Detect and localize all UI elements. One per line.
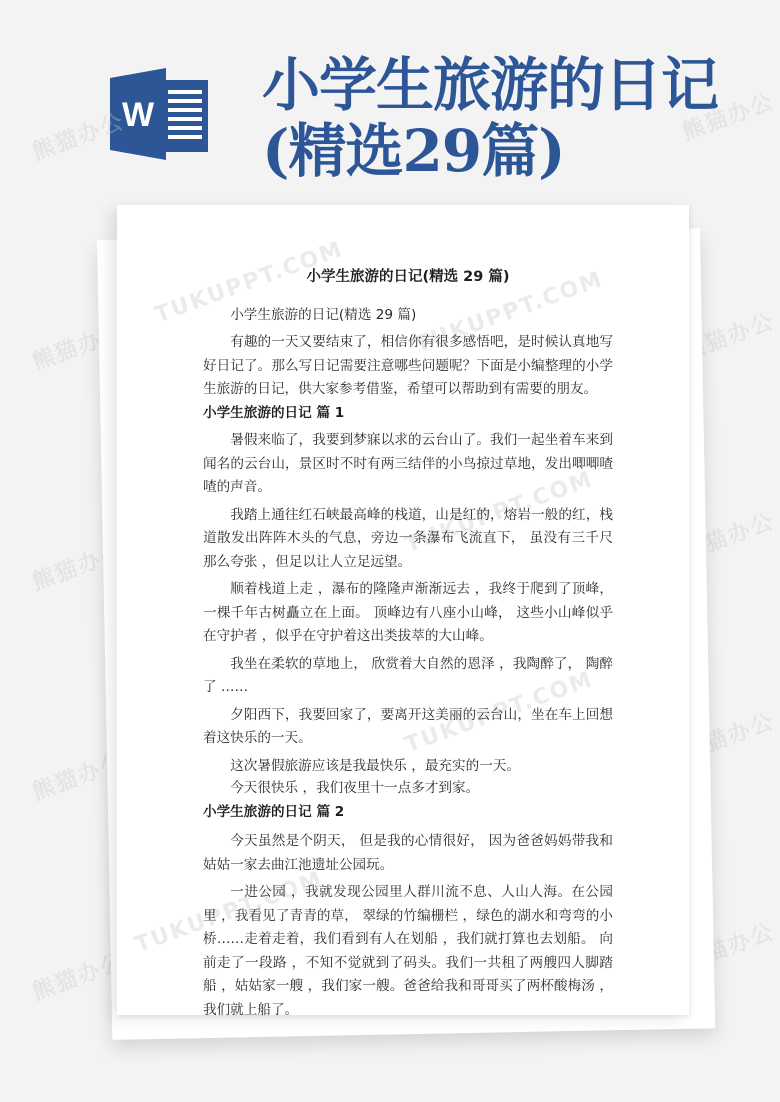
intro-paragraph: 有趣的一天又要结束了，相信你有很多感悟吧，是时候认真地写好日记了。那么写日记需要… [203, 331, 613, 402]
word-document-icon: W [108, 68, 212, 160]
document-body: 小学生旅游的日记(精选 29 篇) 小学生旅游的日记(精选 29 篇) 有趣的一… [203, 266, 613, 1022]
paragraph: 一进公园 ，我就发现公园里人群川流不息、人山人海。在公园里 ，我看见了青青的草，… [203, 881, 613, 1022]
paragraph: 我坐在柔软的草地上， 欣赏着大自然的恩泽 ，我陶醉了， 陶醉了 …… [203, 653, 613, 700]
banner: W 小学生旅游的日记 (精选29篇) [0, 0, 780, 200]
paragraph: 暑假来临了，我要到梦寐以求的云台山了。我们一起坐着车来到闻名的云台山，景区时不时… [203, 429, 613, 500]
section-heading: 小学生旅游的日记 篇 1 [203, 402, 613, 426]
paragraph: 顺着栈道上走 ，瀑布的隆隆声渐渐远去 ，我终于爬到了顶峰，一棵千年古树矗立在上面… [203, 578, 613, 649]
paragraph: 我踏上通往红石峡最高峰的栈道，山是红的，熔岩一般的红，栈道散发出阵阵木头的气息，… [203, 504, 613, 575]
paragraph: 今天虽然是个阴天， 但是我的心情很好， 因为爸爸妈妈带我和姑姑一家去曲江池遗址公… [203, 830, 613, 877]
banner-title-line2: (精选29篇) [262, 118, 718, 184]
banner-title: 小学生旅游的日记 (精选29篇) [262, 52, 718, 184]
document-subtitle: 小学生旅游的日记(精选 29 篇) [203, 304, 613, 328]
paragraph: 这次暑假旅游应该是我最快乐 ，最充实的一天。 [203, 755, 613, 777]
paragraph: 夕阳西下，我要回家了，要离开这美丽的云台山，坐在车上回想着这快乐的一天。 [203, 704, 613, 751]
paragraph: 今天很快乐 ，我们夜里十一点多才到家。 [203, 777, 613, 799]
section-heading: 小学生旅游的日记 篇 2 [203, 801, 613, 825]
svg-text:W: W [122, 96, 155, 134]
banner-title-line1: 小学生旅游的日记 [262, 52, 718, 118]
document-title: 小学生旅游的日记(精选 29 篇) [203, 266, 613, 290]
